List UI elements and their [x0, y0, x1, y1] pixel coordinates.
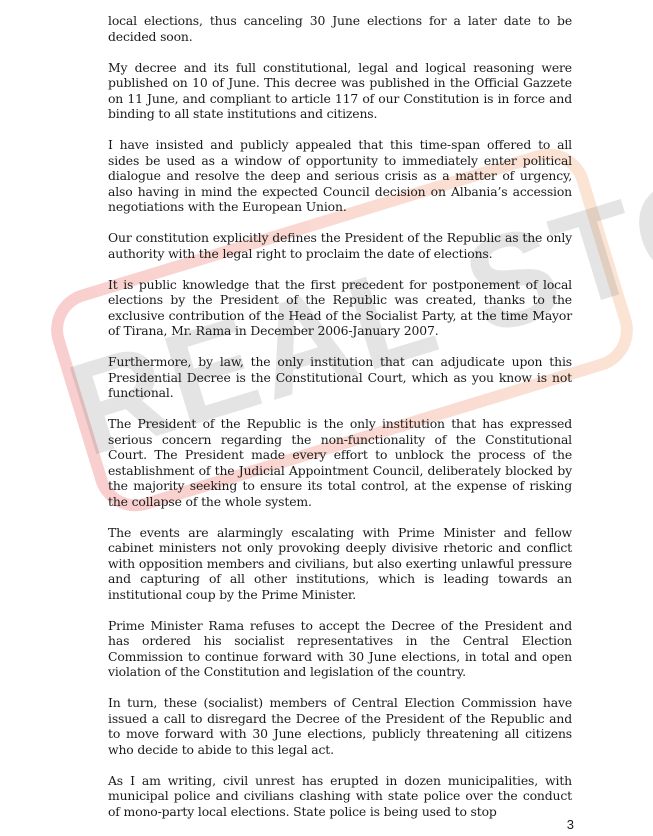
- paragraph: It is public knowledge that the first pr…: [108, 277, 572, 339]
- paragraph: The events are alarmingly escalating wit…: [108, 525, 572, 603]
- page-number: 3: [562, 817, 574, 832]
- document-page: REAL STORY local elections, thus canceli…: [0, 0, 653, 836]
- paragraph: As I am writing, civil unrest has erupte…: [108, 773, 572, 820]
- paragraph: Our constitution explicitly defines the …: [108, 230, 572, 261]
- paragraph: In turn, these (socialist) members of Ce…: [108, 695, 572, 757]
- paragraph: Furthermore, by law, the only institutio…: [108, 354, 572, 401]
- paragraph: I have insisted and publicly appealed th…: [108, 137, 572, 215]
- document-body: local elections, thus canceling 30 June …: [108, 13, 572, 819]
- paragraph: Prime Minister Rama refuses to accept th…: [108, 618, 572, 680]
- paragraph: local elections, thus canceling 30 June …: [108, 13, 572, 44]
- paragraph: My decree and its full constitutional, l…: [108, 60, 572, 122]
- paragraph: The President of the Republic is the onl…: [108, 416, 572, 509]
